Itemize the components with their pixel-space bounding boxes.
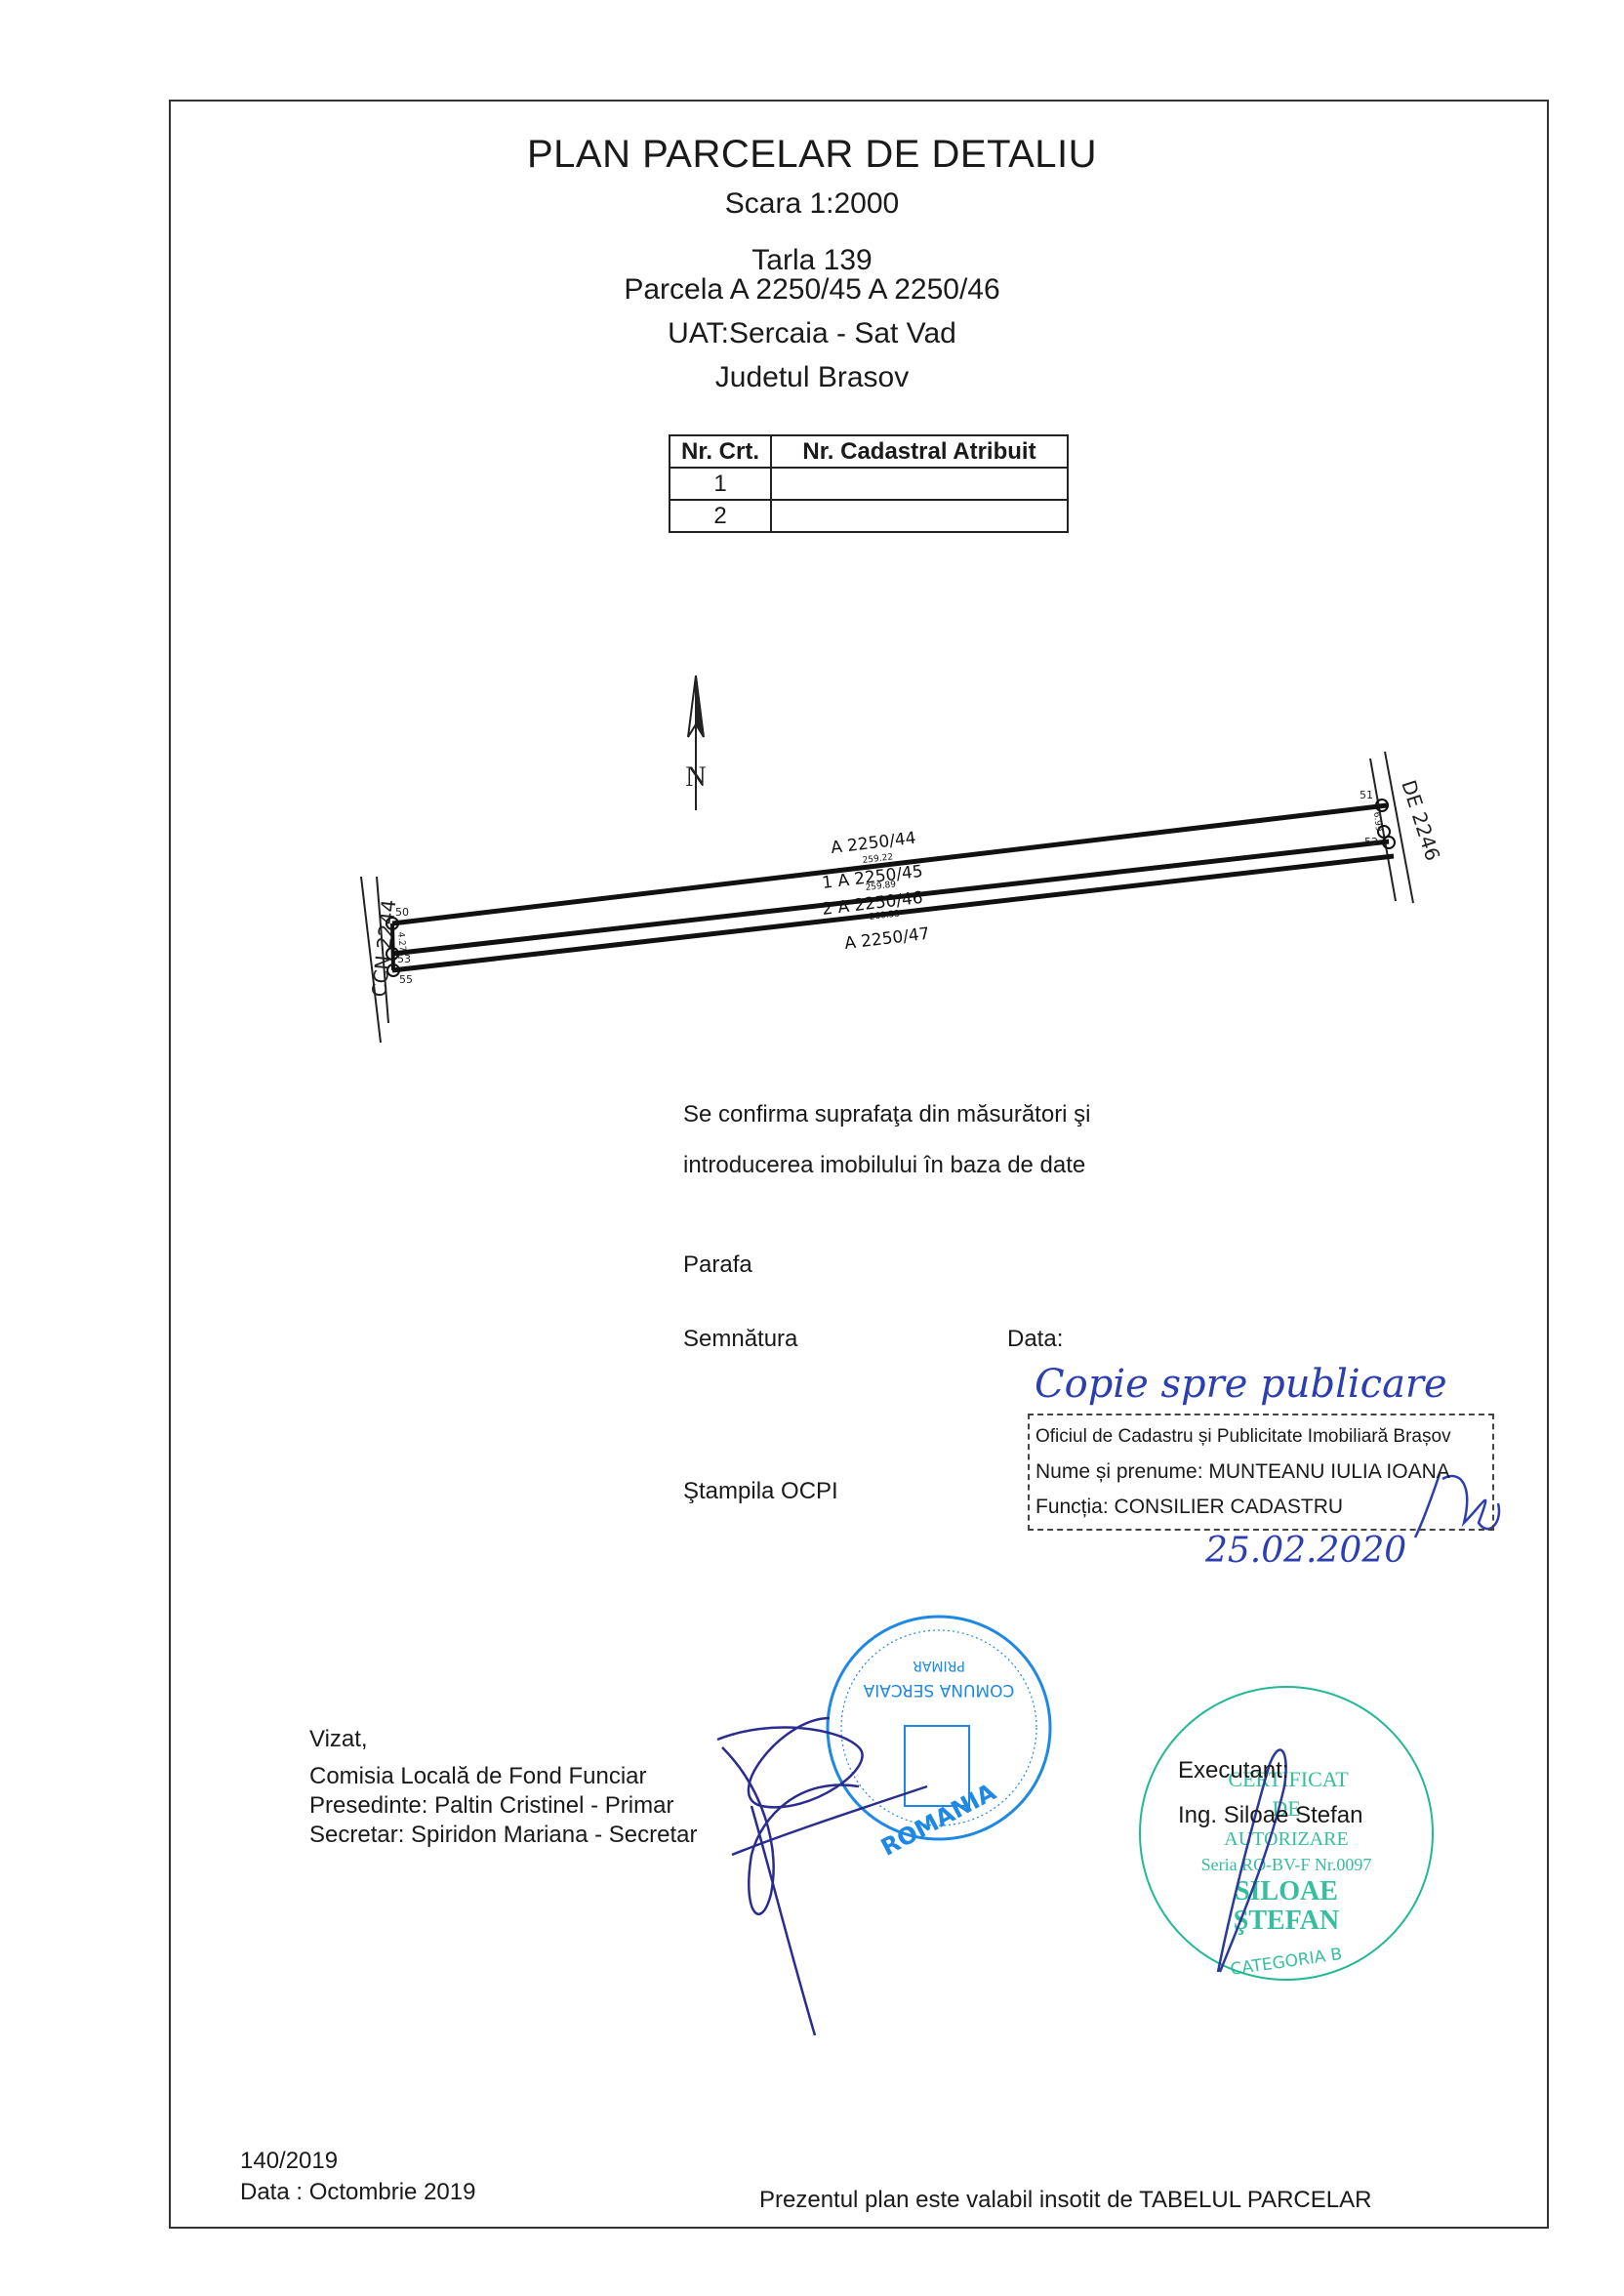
- date-label: Data:: [1007, 1326, 1063, 1353]
- confirmation-line-1: Se confirma suprafaţa din măsurători şi: [683, 1101, 1091, 1128]
- svg-text:AUTORIZARE: AUTORIZARE: [1224, 1828, 1348, 1850]
- executant-label: Executant:: [1178, 1757, 1288, 1784]
- svg-text:PRIMAR: PRIMAR: [913, 1658, 965, 1673]
- commune-stamp: COMUNA SERCAIA PRIMAR ROMANIA: [828, 1617, 1050, 1862]
- ocpi-office: Oficiul de Cadastru și Publicitate Imobi…: [1035, 1419, 1486, 1455]
- side-length: 6.99: [1371, 811, 1383, 832]
- parcel-plan-drawing: N CCN 2244 DE 2246 50 53 55 4.27 51 52 6…: [0, 0, 1624, 2296]
- parcel-label: A 2250/44: [830, 829, 916, 858]
- parcel-label: A 2250/47: [843, 924, 930, 954]
- ocpi-stamp-label: Ştampila OCPI: [683, 1478, 838, 1505]
- north-arrow-icon: N: [685, 676, 707, 810]
- svg-text:N: N: [685, 760, 707, 793]
- vizat-president: Presedinte: Paltin Cristinel - Primar: [309, 1792, 673, 1820]
- vizat-commission: Comisia Locală de Fond Funciar: [309, 1763, 647, 1790]
- point-label: 50: [395, 906, 409, 919]
- executant-stamp: CERTIFICAT DE AUTORIZARE Seria RO-BV-F N…: [1140, 1687, 1433, 1980]
- vizat-secretary: Secretar: Spiridon Mariana - Secretar: [309, 1822, 698, 1849]
- parafa-label: Parafa: [683, 1251, 752, 1279]
- signature-label: Semnătura: [683, 1326, 797, 1353]
- document-date: Data : Octombrie 2019: [240, 2179, 475, 2206]
- executant-name: Ing. Siloae Stefan: [1178, 1802, 1362, 1829]
- point-label: 51: [1360, 789, 1373, 801]
- signature-vizat: [717, 1718, 927, 2035]
- point-label: 53: [397, 953, 411, 965]
- handwritten-date: 25.02.2020: [1205, 1531, 1406, 1571]
- side-length: 4.27: [395, 931, 407, 952]
- ocpi-function: Funcția: CONSILIER CADASTRU: [1035, 1490, 1486, 1525]
- point-label: 52: [1364, 836, 1378, 848]
- document-number: 140/2019: [240, 2148, 338, 2175]
- svg-text:ŞTEFAN: ŞTEFAN: [1234, 1906, 1339, 1936]
- svg-text:COMUNA SERCAIA: COMUNA SERCAIA: [863, 1680, 1014, 1700]
- confirmation-line-2: introducerea imobilului în baza de date: [683, 1152, 1085, 1179]
- ocpi-stamp-box: Oficiul de Cadastru și Publicitate Imobi…: [1028, 1414, 1494, 1531]
- footer-note: Prezentul plan este valabil insotit de T…: [759, 2187, 1371, 2214]
- ocpi-name: Nume și prenume: MUNTEANU IULIA IOANA: [1035, 1455, 1486, 1490]
- vizat-label: Vizat,: [309, 1726, 368, 1753]
- svg-text:ROMANIA: ROMANIA: [876, 1778, 1000, 1861]
- svg-text:Seria RO-BV-F Nr.0097: Seria RO-BV-F Nr.0097: [1201, 1855, 1372, 1874]
- point-label: 55: [399, 973, 413, 986]
- handwritten-copy-note: Copie spre publicare: [1035, 1362, 1447, 1407]
- svg-text:SILOAE: SILOAE: [1235, 1876, 1338, 1906]
